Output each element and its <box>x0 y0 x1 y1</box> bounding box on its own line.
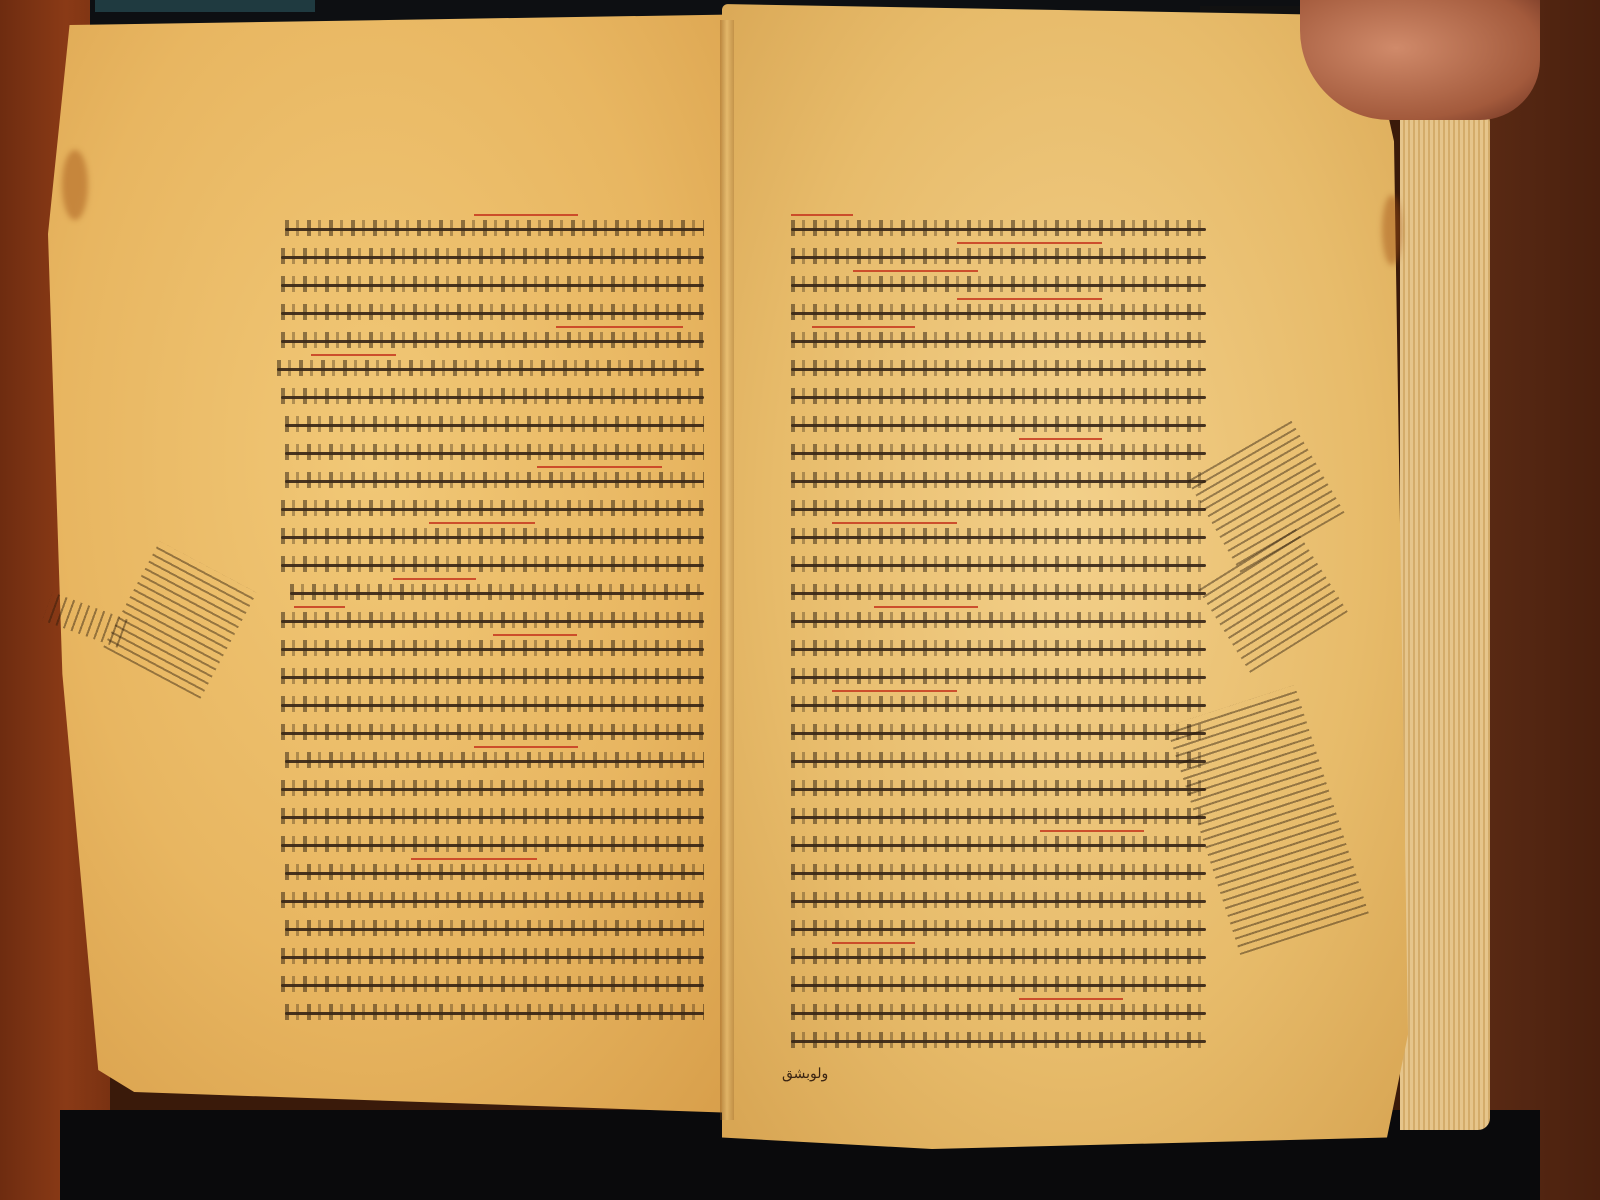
rubric-overline <box>294 606 345 608</box>
desk-surface-right <box>1480 0 1600 1200</box>
text-line <box>791 592 1206 595</box>
text-line <box>285 1012 704 1015</box>
text-line <box>791 816 1206 819</box>
text-line <box>791 760 1206 763</box>
text-line <box>791 424 1206 427</box>
text-line <box>791 452 1206 455</box>
stain-left-edge <box>62 150 88 220</box>
text-line <box>791 256 1206 259</box>
text-line <box>277 368 704 371</box>
rubric-overline <box>957 298 1102 300</box>
text-line <box>285 480 704 483</box>
text-line <box>281 256 704 259</box>
text-line <box>281 564 704 567</box>
text-line <box>791 1040 1206 1043</box>
text-line <box>281 956 704 959</box>
text-line <box>281 620 704 623</box>
rubric-overline <box>429 522 535 524</box>
rubric-overline <box>812 326 916 328</box>
rubric-overline <box>874 606 978 608</box>
text-line <box>281 984 704 987</box>
text-line <box>285 228 704 231</box>
text-line <box>791 928 1206 931</box>
label-strip <box>95 0 315 12</box>
page-block-edges <box>1400 110 1490 1130</box>
rubric-overline <box>474 214 579 216</box>
text-line <box>281 844 704 847</box>
text-line <box>791 480 1206 483</box>
text-line <box>285 760 704 763</box>
text-line <box>281 508 704 511</box>
text-line <box>281 396 704 399</box>
text-line <box>791 536 1206 539</box>
rubric-overline <box>791 214 853 216</box>
catchword: ولوبشق <box>782 1066 828 1082</box>
rubric-overline <box>537 466 663 468</box>
rubric-overline <box>1040 830 1144 832</box>
right-page-text-block <box>778 228 1206 1068</box>
text-line <box>791 844 1206 847</box>
text-line <box>281 536 704 539</box>
rubric-overline <box>1019 438 1102 440</box>
text-line <box>281 900 704 903</box>
text-line <box>791 564 1206 567</box>
text-line <box>791 284 1206 287</box>
text-line <box>281 788 704 791</box>
text-line <box>281 312 704 315</box>
text-line <box>281 648 704 651</box>
rubric-overline <box>832 690 957 692</box>
text-line <box>791 312 1206 315</box>
rubric-overline <box>556 326 683 328</box>
text-line <box>285 872 704 875</box>
text-line <box>791 368 1206 371</box>
text-line <box>791 620 1206 623</box>
text-line <box>791 396 1206 399</box>
text-line <box>791 228 1206 231</box>
text-line <box>791 984 1206 987</box>
book-gutter <box>720 20 734 1120</box>
rubric-overline <box>393 578 476 580</box>
text-line <box>285 928 704 931</box>
text-line <box>285 452 704 455</box>
text-line <box>281 284 704 287</box>
text-line <box>281 676 704 679</box>
rubric-overline <box>832 522 957 524</box>
text-line <box>791 732 1206 735</box>
stain-right-edge <box>1382 195 1402 265</box>
text-line <box>791 648 1206 651</box>
text-line <box>281 732 704 735</box>
hand-holding-page <box>1300 0 1540 120</box>
rubric-overline <box>832 942 915 944</box>
rubric-overline <box>411 858 537 860</box>
text-line <box>791 788 1206 791</box>
text-line <box>281 704 704 707</box>
left-page-text-block <box>268 228 704 1040</box>
rubric-overline <box>474 746 579 748</box>
text-line <box>791 704 1206 707</box>
text-line <box>281 340 704 343</box>
text-line <box>791 508 1206 511</box>
text-line <box>290 592 704 595</box>
rubric-overline <box>1019 998 1123 1000</box>
text-line <box>285 424 704 427</box>
rubric-overline <box>853 270 978 272</box>
text-line <box>791 900 1206 903</box>
rubric-overline <box>493 634 578 636</box>
text-line <box>791 340 1206 343</box>
text-line <box>791 676 1206 679</box>
text-line <box>281 816 704 819</box>
rubric-overline <box>957 242 1102 244</box>
text-line <box>791 956 1206 959</box>
text-line <box>791 1012 1206 1015</box>
text-line <box>791 872 1206 875</box>
rubric-overline <box>311 354 396 356</box>
